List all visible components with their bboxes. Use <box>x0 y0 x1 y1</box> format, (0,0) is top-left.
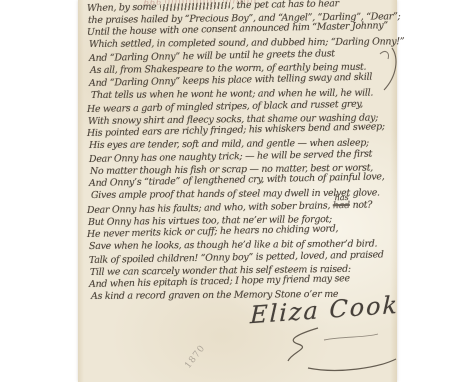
stanza: He wears a garb of mingled stripes, of b… <box>87 104 393 152</box>
stanza: And “Darling Onny” he will be until he g… <box>89 53 393 101</box>
struck-word: had <box>333 199 350 210</box>
signature-flourish <box>278 326 400 378</box>
manuscript-paper: 666 When, by some , the pet cat has to h… <box>78 0 397 382</box>
scribbled-out-text <box>160 2 230 12</box>
pencil-date: 1870 <box>183 343 207 370</box>
ink-flourish <box>376 46 400 94</box>
stanza: Dear Onny has his faults; and who, with … <box>87 205 393 253</box>
stanza: When, by some , the pet cat has to hear … <box>87 3 393 51</box>
poem-text: When, by some , the pet cat has to hear … <box>87 3 393 305</box>
